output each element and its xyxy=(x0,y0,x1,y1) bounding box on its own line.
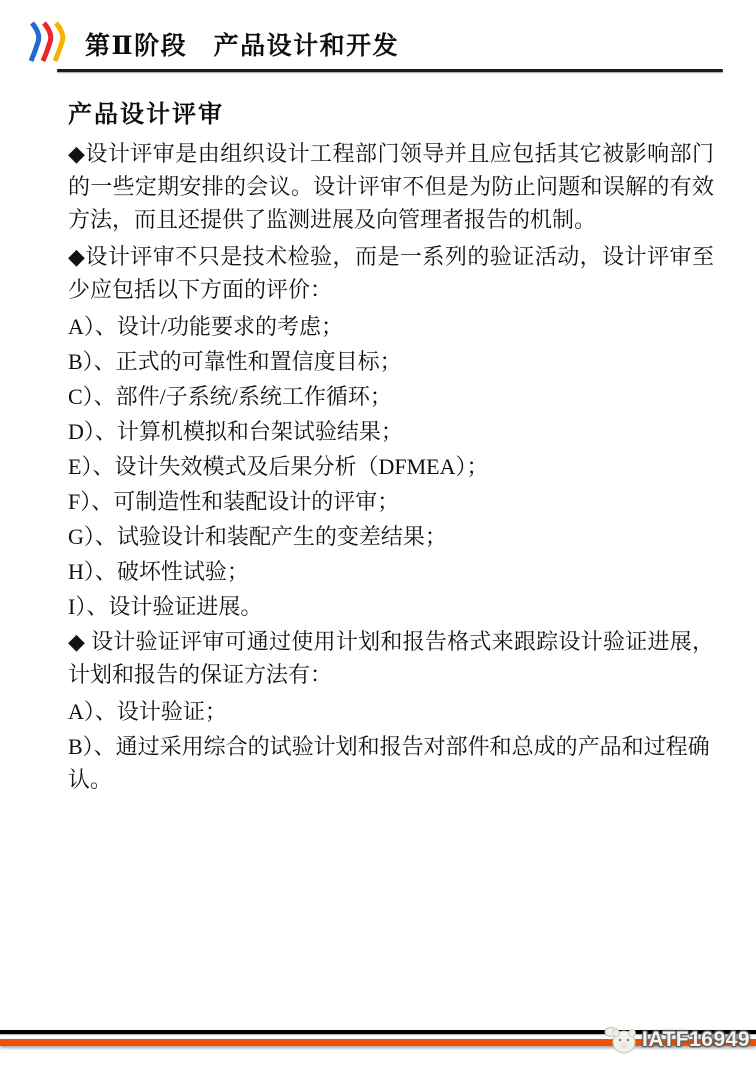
paragraph-design-review-intro: ◆设计评审是由组织设计工程部门领导并且应包括其它被影响部门的一些定期安排的会议。… xyxy=(68,137,714,236)
slide-title: 第Ⅱ阶段 产品设计和开发 xyxy=(85,26,399,62)
list-item-c1: C）、部件/子系统/系统工作循环； xyxy=(68,380,714,413)
list-item-h1: H）、破坏性试验； xyxy=(68,555,714,588)
watermark-label: IATF16949 xyxy=(642,1028,750,1052)
slide: 第Ⅱ阶段 产品设计和开发 产品设计评审 ◆设计评审是由组织设计工程部门领导并且应… xyxy=(0,0,756,1070)
list-item-a1: A）、设计/功能要求的考虑； xyxy=(68,310,714,343)
list-item-i1: I）、设计验证进展。 xyxy=(68,590,714,623)
section-heading: 产品设计评审 xyxy=(68,94,714,129)
list-item-e1: E）、设计失效模式及后果分析（DFMEA）； xyxy=(68,450,714,483)
list-item-g1: G）、试验设计和装配产生的变差结果； xyxy=(68,520,714,553)
list-item-b1: B）、正式的可靠性和置信度目标； xyxy=(68,345,714,378)
list-item-b2: B）、通过采用综合的试验计划和报告对部件和总成的产品和过程确认。 xyxy=(68,730,714,796)
header-divider xyxy=(57,69,723,72)
triple-wave-logo-icon xyxy=(28,20,68,64)
paragraph-design-review-scope: ◆设计评审不只是技术检验，而是一系列的验证活动，设计评审至少应包括以下方面的评价… xyxy=(68,240,714,306)
watermark: IATF16949 xyxy=(603,1020,750,1060)
list-item-a2: A）、设计验证； xyxy=(68,695,714,728)
paragraph-verification-review: ◆ 设计验证评审可通过使用计划和报告格式来跟踪设计验证进展，计划和报告的保证方法… xyxy=(68,625,714,691)
list-item-f1: F）、可制造性和装配设计的评审； xyxy=(68,485,714,518)
list-item-d1: D）、计算机模拟和台架试验结果； xyxy=(68,415,714,448)
slide-body: 产品设计评审 ◆设计评审是由组织设计工程部门领导并且应包括其它被影响部门的一些定… xyxy=(68,94,714,798)
panda-mascot-icon xyxy=(603,1023,639,1057)
